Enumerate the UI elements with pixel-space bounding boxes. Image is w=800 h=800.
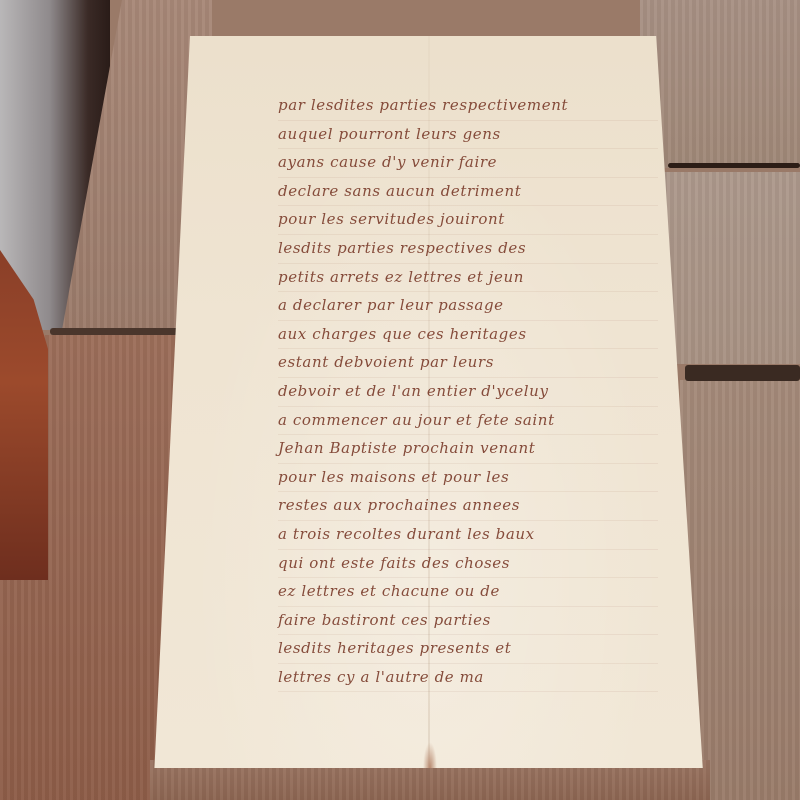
manuscript-line: pour les servitudes jouiront bbox=[278, 206, 658, 235]
manuscript-line: auquel pourront leurs gens bbox=[278, 121, 658, 150]
wood-plank bbox=[640, 0, 800, 168]
manuscript-line: lesdits heritages presents et bbox=[278, 635, 658, 664]
photo-scene: par lesdites parties respectivement auqu… bbox=[0, 0, 800, 800]
manuscript-line: pour les maisons et pour les bbox=[278, 464, 658, 493]
manuscript-line: estant debvoient par leurs bbox=[278, 349, 658, 378]
manuscript-line: Jehan Baptiste prochain venant bbox=[278, 435, 658, 464]
manuscript-line: restes aux prochaines annees bbox=[278, 492, 658, 521]
manuscript-line: a trois recoltes durant les baux bbox=[278, 521, 658, 550]
handwritten-text: par lesdites parties respectivement auqu… bbox=[278, 92, 658, 692]
manuscript-page: par lesdites parties respectivement auqu… bbox=[150, 36, 705, 768]
manuscript-line: qui ont este faits des choses bbox=[278, 550, 658, 579]
manuscript-line: ayans cause d'y venir faire bbox=[278, 149, 658, 178]
manuscript-line: petits arrets ez lettres et jeun bbox=[278, 264, 658, 293]
manuscript-line: debvoir et de l'an entier d'yceluy bbox=[278, 378, 658, 407]
plank-gap bbox=[668, 163, 800, 168]
manuscript-line: declare sans aucun detriment bbox=[278, 178, 658, 207]
manuscript-line: lesdits parties respectives des bbox=[278, 235, 658, 264]
manuscript-line: lettres cy a l'autre de ma bbox=[278, 664, 658, 693]
manuscript-line: a declarer par leur passage bbox=[278, 292, 658, 321]
manuscript-line: aux charges que ces heritages bbox=[278, 321, 658, 350]
wood-plank bbox=[660, 172, 800, 364]
manuscript-line: par lesdites parties respectivement bbox=[278, 92, 658, 121]
paper-tear bbox=[423, 742, 437, 768]
manuscript-line: faire bastiront ces parties bbox=[278, 607, 658, 636]
manuscript-line: ez lettres et chacune ou de bbox=[278, 578, 658, 607]
plank-gap bbox=[685, 365, 800, 381]
manuscript-line: a commencer au jour et fete saint bbox=[278, 407, 658, 436]
